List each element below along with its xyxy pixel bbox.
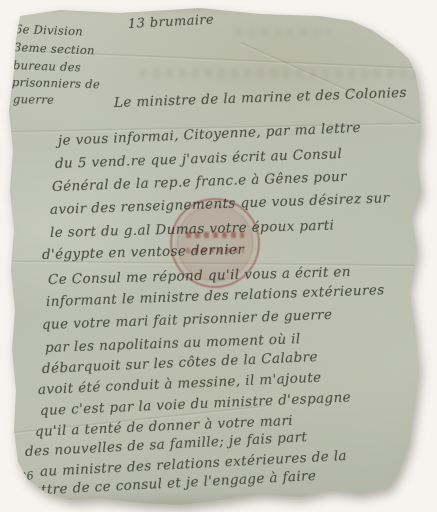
header-line: bureau des [13,58,82,74]
header-line: prisonniers de [12,75,100,91]
letter-line: Général de la rep.e franc.e à Gênes pour [52,169,347,195]
title-line: Le ministre de la marine et des Colonies [114,85,407,111]
letter-sheet: 6e Division 3eme section bureau des pris… [0,0,437,512]
header-line: 6e Division [15,22,84,38]
faded-annotation-smudge [235,28,330,37]
header-line: guerre [13,92,54,107]
scan-background: 6e Division 3eme section bureau des pris… [0,0,437,512]
letter-line: que votre mari fait prisonnier de guerre [42,307,333,333]
letter-line: je vous informai, Citoyenne, par ma lett… [58,120,362,149]
date-line: 13 brumaire [128,13,215,32]
letter-sheet-wrapper: 6e Division 3eme section bureau des pris… [0,0,437,512]
letter-line: du 5 vend.re que j'avais écrit au Consul [55,146,343,172]
header-line: 3eme section [14,40,95,58]
margin-number: 186 [11,469,35,485]
circular-red-ink-stamp-icon [170,198,260,288]
faded-annotation-smudge [140,68,430,79]
